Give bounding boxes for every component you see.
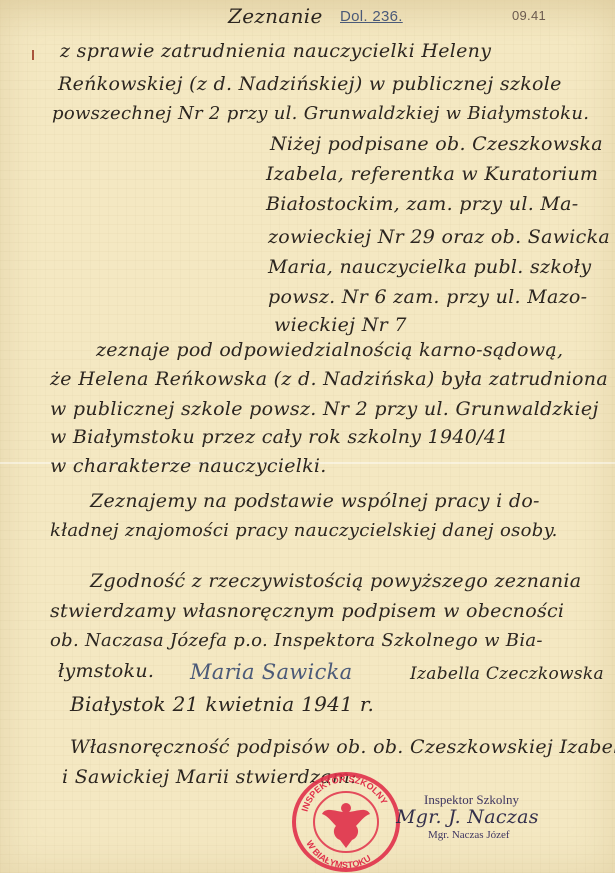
text-line-7: zowieckiej Nr 29 oraz ob. Sawicka	[268, 226, 610, 248]
text-line-5: Izabela, referentka w Kuratorium	[266, 163, 598, 185]
text-line-20: ob. Naczasa Józefa p.o. Inspektora Szkol…	[50, 630, 543, 651]
pencil-date-note: 09.41	[512, 8, 546, 23]
text-line-10: wieckiej Nr 7	[274, 314, 407, 336]
official-typed-name: Mgr. Naczas Józef	[428, 829, 510, 841]
text-line-13: w publicznej szkole powsz. Nr 2 przy ul.…	[50, 398, 599, 420]
signature-maria-sawicka: Maria Sawicka	[190, 660, 352, 684]
svg-text:W BIAŁYMSTOKU: W BIAŁYMSTOKU	[304, 839, 372, 870]
official-signature: Mgr. J. Naczas	[396, 806, 539, 828]
text-line-21: łymstoku.	[58, 660, 154, 682]
place-and-date: Białystok 21 kwietnia 1941 r.	[70, 692, 374, 716]
text-line-11: zeznaje pod odpowiedzialnością karno-sąd…	[96, 339, 563, 361]
eagle-icon	[322, 803, 370, 848]
document-title: Zeznanie	[228, 4, 323, 28]
margin-mark	[32, 50, 34, 60]
text-line-15: w charakterze nauczycielki.	[50, 455, 327, 477]
text-line-17: kładnej znajomości pracy nauczycielskiej…	[50, 520, 558, 541]
text-line-19: stwierdzamy własnoręcznym podpisem w obe…	[50, 600, 564, 622]
text-line-4: Niżej podpisane ob. Czeszkowska	[270, 133, 603, 155]
text-line-12: że Helena Reńkowska (z d. Nadzińska) był…	[50, 368, 608, 390]
text-line-3: powszechnej Nr 2 przy ul. Grunwaldzkiej …	[52, 103, 589, 124]
certification-line-1: Własnoręczność podpisów ob. ob. Czeszkow…	[70, 736, 615, 758]
text-line-1: z sprawie zatrudnienia nauczycielki Hele…	[60, 40, 491, 62]
text-line-2: Reńkowskiej (z d. Nadzińskiej) w publicz…	[58, 73, 562, 95]
text-line-16: Zeznajemy na podstawie wspólnej pracy i …	[90, 490, 540, 512]
text-line-18: Zgodność z rzeczywistością powyższego ze…	[90, 570, 581, 592]
text-line-14: w Białymstoku przez cały rok szkolny 194…	[50, 426, 509, 448]
scanned-document-page: Zeznanie Dol. 236. 09.41 z sprawie zatru…	[0, 0, 615, 873]
signature-izabella-czeczkowska: Izabella Czeczkowska	[410, 664, 604, 684]
text-line-6: Białostockim, zam. przy ul. Ma-	[266, 193, 578, 215]
archive-reference: Dol. 236.	[340, 8, 403, 25]
text-line-8: Maria, nauczycielka publ. szkoły	[268, 256, 591, 278]
text-line-9: powsz. Nr 6 zam. przy ul. Mazo-	[268, 286, 587, 308]
official-seal-stamp: INSPEKTOR SZKOLNY W BIAŁYMSTOKU	[288, 768, 404, 872]
